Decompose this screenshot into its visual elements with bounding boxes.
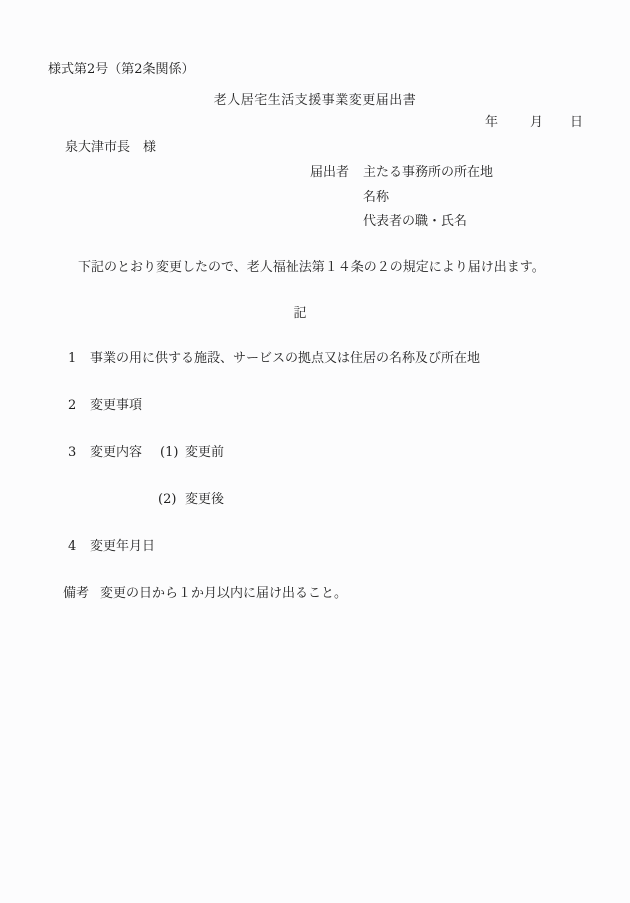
form-page: 様式第2号（第2条関係） 老人居宅生活支援事業変更届出書 年 月 日 泉大津市長…	[0, 0, 630, 903]
remarks-text: 変更の日から１か月以内に届け出ること。	[100, 585, 347, 604]
remarks-label: 備考	[63, 585, 89, 604]
declarant-address-field: 主たる事務所の所在地	[363, 164, 493, 183]
item-3-number: 3	[68, 444, 90, 463]
form-number: 様式第2号（第2条関係）	[48, 61, 195, 80]
date-month-label: 月	[530, 114, 543, 133]
declarant-representative-field: 代表者の職・氏名	[363, 213, 467, 232]
list-item-3: 3変更内容	[68, 444, 142, 463]
list-item-4: 4変更年月日	[68, 538, 155, 557]
date-year-label: 年	[485, 114, 498, 133]
item-4-text: 変更年月日	[90, 539, 155, 554]
item-1-text: 事業の用に供する施設、サービスの拠点又は住居の名称及び所在地	[90, 351, 480, 366]
addressee: 泉大津市長 様	[65, 139, 156, 158]
item-1-number: 1	[68, 350, 90, 369]
item-3-text: 変更内容	[90, 445, 142, 460]
date-day-label: 日	[570, 114, 583, 133]
record-heading: 記	[0, 305, 600, 324]
item-2-number: 2	[68, 397, 90, 416]
list-item-1: 1事業の用に供する施設、サービスの拠点又は住居の名称及び所在地	[68, 350, 480, 369]
item-2-text: 変更事項	[90, 398, 142, 413]
item-3-sub-2-text: 変更後	[185, 491, 224, 510]
item-3-sub-2-marker: (2)	[158, 491, 176, 510]
document-title: 老人居宅生活支援事業変更届出書	[0, 92, 630, 111]
list-item-2: 2変更事項	[68, 397, 142, 416]
body-statement: 下記のとおり変更したので、老人福祉法第１４条の２の規定により届け出ます。	[78, 259, 545, 278]
item-4-number: 4	[68, 538, 90, 557]
item-3-sub-1-marker: (1)	[160, 444, 178, 463]
declarant-name-field: 名称	[363, 189, 389, 208]
declarant-label: 届出者	[310, 164, 349, 183]
item-3-sub-1-text: 変更前	[185, 444, 224, 463]
